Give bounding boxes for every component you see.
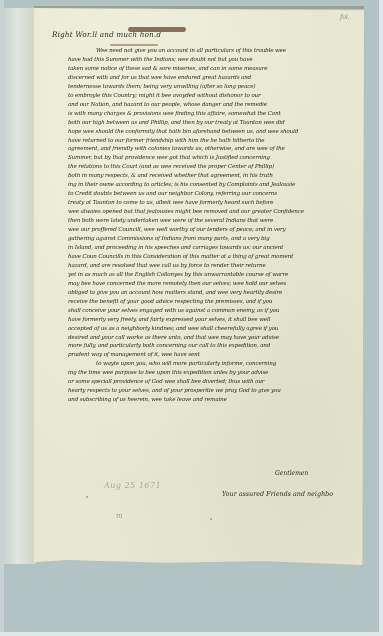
letter-line: have had this Summer with the Indians; w…	[68, 56, 358, 65]
letter-line: shall conceive your selves engaged with …	[68, 307, 358, 316]
letter-line: have Coun Councills in this Consideratio…	[68, 253, 358, 262]
pencil-mark-annotation: m	[116, 512, 123, 520]
letter-line: wee our proffered Councill, wee well wor…	[68, 226, 358, 235]
letter-line: and our Nation, and hazard to our people…	[68, 101, 358, 110]
letter-line: wee alwaies opened but that jealousies m…	[68, 208, 358, 217]
letter-line: discerned with and for us that wee have …	[68, 74, 358, 83]
letter-line: is with many charges & provisions wee fi…	[68, 110, 358, 119]
letter-line: accepted of us as a neighborly kindnes; …	[68, 325, 358, 334]
ink-smudge	[110, 44, 158, 46]
letter-line: desired and your call worke as there unt…	[68, 334, 358, 343]
letter-line: yet in as much as all the English Collon…	[68, 271, 358, 280]
scan-border-bottom	[0, 632, 383, 636]
letter-line: tendernesse towards them; being very unw…	[68, 83, 358, 92]
letter-line: Summer, but by that providence wee got t…	[68, 154, 358, 163]
letter-line: or some speciall providence of God wee s…	[68, 378, 358, 387]
folio-mark: fol.	[340, 14, 350, 21]
letter-line: ing in their owne according to articles;…	[68, 181, 358, 190]
ink-blot	[128, 27, 186, 32]
letter-line: receive the benefit of your good advice …	[68, 298, 358, 307]
letter-line: hearty respects to your selves, and of y…	[68, 387, 358, 396]
letter-line: prudent way of management of it, wee hav…	[68, 351, 358, 360]
letter-line: hope wee should the conformity that hath…	[68, 128, 358, 137]
letter-line: to embroyle this Country; might it bee a…	[68, 92, 358, 101]
letter-line: Wee need not give you an account in all …	[68, 47, 358, 56]
pencil-dot	[210, 518, 212, 520]
letter-line: to wayte upon you, who will more particu…	[68, 360, 358, 369]
letter-line: to Credit doubts between us and our neig…	[68, 190, 358, 199]
letter-line: obliged to give you an account how matte…	[68, 289, 358, 298]
letter-line: in Island, and proceeding in his speeche…	[68, 244, 358, 253]
letter-line: ing the time wee purpose to bee upon thi…	[68, 369, 358, 378]
letter-line: have formerly very freely, and fairly ex…	[68, 316, 358, 325]
pencil-date-annotation: Aug 25 1671	[104, 481, 161, 490]
letter-line: both our high between us and Phillip, an…	[68, 119, 358, 128]
letter-line: both in many respects, & and received wh…	[68, 172, 358, 181]
letter-line: taken some notice of these sad & sore mi…	[68, 65, 358, 74]
letter-line: may bee have concerned the more remotely…	[68, 280, 358, 289]
letter-body: Wee need not give you an account in all …	[68, 47, 358, 405]
letter-line: then both were lately undertaken wee wer…	[68, 217, 358, 226]
closing-gentlemen: Gentlemen	[275, 470, 308, 477]
letter-line: have returned to our former friendship w…	[68, 137, 358, 146]
letter-line: hazard, and are resolved that wee call u…	[68, 262, 358, 271]
letter-line: more fully, and particularly both concer…	[68, 342, 358, 351]
letter-line: the relations to this Court (and as wee …	[68, 163, 358, 172]
scan-border-right	[379, 0, 383, 636]
signoff-line: Your assured Friends and neighbo	[222, 490, 333, 498]
letter-line: and subscribing of us heerein, wee take …	[68, 396, 358, 405]
letter-line: treaty at Taunton to come to us, albeit …	[68, 199, 358, 208]
letter-line: gathering against Commissions of Indians…	[68, 235, 358, 244]
pencil-dot	[86, 496, 88, 498]
mounting-strip	[4, 8, 36, 564]
letter-line: agreement, and friendly with colonies to…	[68, 145, 358, 154]
